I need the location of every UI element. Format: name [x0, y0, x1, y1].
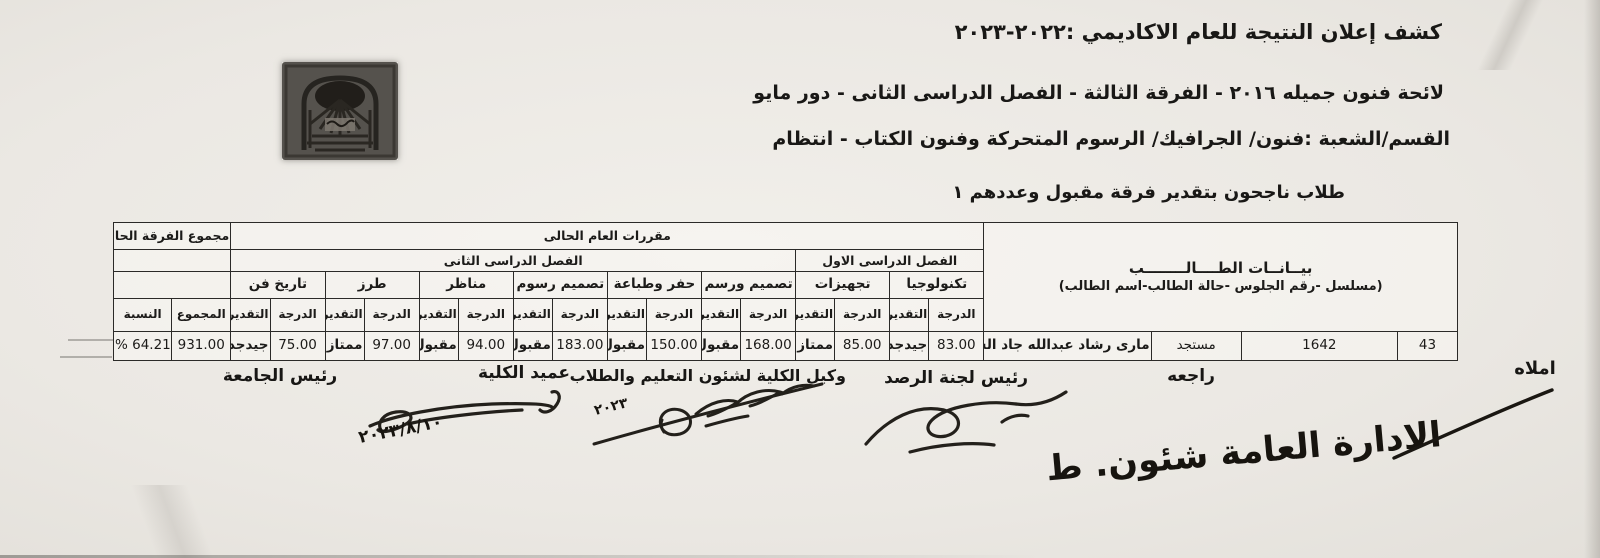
scan-artifact-line	[68, 339, 114, 341]
student-data-subtitle: (مسلسل -رقم الجلوس -حالة الطالب-اسم الطا…	[985, 280, 1456, 295]
score-label: الدرجة	[835, 299, 890, 332]
score-label: الدرجة	[929, 299, 984, 332]
paper-crease-bottom-left	[0, 485, 330, 558]
score-value: 168.00	[741, 332, 796, 361]
subject-header: تصميم رسوم	[513, 272, 607, 299]
grade-label: التقدير	[607, 299, 646, 332]
score-value: 83.00	[929, 332, 984, 361]
total-value: 931.00	[172, 332, 231, 361]
semester1-header: الفصل الدراسى الاول	[796, 250, 984, 272]
grade-value: مقبول	[419, 332, 458, 361]
subject-header: مناظر	[419, 272, 513, 299]
grade-value: جيدجدا	[231, 332, 270, 361]
grade-label: التقدير	[231, 299, 270, 332]
percent-label: النسبة	[114, 299, 172, 332]
student-data-title: بيــانــات الطــــالــــــــب	[985, 260, 1456, 277]
paper-crease-top-right	[1420, 0, 1600, 70]
score-label: الدرجة	[646, 299, 701, 332]
grade-label: التقدير	[513, 299, 552, 332]
seat-number-value: 1642	[1241, 332, 1397, 361]
student-row: 43 1642 مستجد مارى رشاد عبدالله جاد السي…	[114, 332, 1458, 361]
grade-label: التقدير	[419, 299, 458, 332]
grade-value: مقبول	[513, 332, 552, 361]
serial-value: 43	[1397, 332, 1457, 361]
grade-value: ممتاز	[796, 332, 835, 361]
score-value: 183.00	[552, 332, 607, 361]
score-label: الدرجة	[364, 299, 419, 332]
score-value: 94.00	[458, 332, 513, 361]
reviewed-label: راجعه	[1145, 366, 1237, 386]
score-label: الدرجة	[552, 299, 607, 332]
score-value: 85.00	[835, 332, 890, 361]
handwritten-note: الادارة العامة شئون. ط	[1051, 415, 1443, 489]
regulation-line: لائحة فنون جميله ٢٠١٦ - الفرقة الثالثة -…	[753, 82, 1444, 104]
grade-value: ممتاز	[325, 332, 364, 361]
current-total-header: مجموع الفرقة الحالية	[114, 223, 231, 250]
grade-label: التقدير	[796, 299, 835, 332]
scan-artifact-line	[60, 356, 112, 358]
score-value: 150.00	[646, 332, 701, 361]
paper-edge-shadow	[1584, 0, 1600, 558]
result-summary-line: طلاب ناجحون بتقدير فرقة مقبول وعددهم ١	[952, 182, 1345, 203]
grade-value: مقبول	[607, 332, 646, 361]
courses-header: مقررات العام الحالى	[231, 223, 984, 250]
university-stamp	[282, 62, 398, 160]
grade-label: التقدير	[325, 299, 364, 332]
score-value: 75.00	[270, 332, 325, 361]
dictated-label: املاه	[1492, 358, 1578, 379]
sheet-title: كشف إعلان النتيجة للعام الاكاديمي :٢٠٢٢-…	[955, 20, 1442, 44]
grade-value: جيدجدا	[890, 332, 929, 361]
subject-header: تاريخ فن	[231, 272, 325, 299]
score-label: الدرجة	[270, 299, 325, 332]
score-label: الدرجة	[458, 299, 513, 332]
subject-header: طرز	[325, 272, 419, 299]
score-value: 97.00	[364, 332, 419, 361]
student-data-header: بيــانــات الطــــالــــــــب (مسلسل -رق…	[984, 223, 1458, 332]
subject-header: تكنولوجيا	[890, 272, 984, 299]
grade-label: التقدير	[702, 299, 741, 332]
handwritten-note-tail-stroke	[1388, 386, 1560, 462]
score-label: الدرجة	[741, 299, 796, 332]
subject-header: تصميم ورسم	[702, 272, 796, 299]
student-name-value: مارى رشاد عبدالله جاد السيد	[984, 332, 1151, 361]
subject-header: تجهيزات	[796, 272, 890, 299]
empty-cell	[114, 250, 231, 272]
subject-header: حفر وطباعة	[607, 272, 701, 299]
status-value: مستجد	[1151, 332, 1241, 361]
department-line: القسم/الشعبة :فنون/ الجرافيك/ الرسوم الم…	[772, 128, 1450, 150]
empty-cell	[114, 272, 231, 299]
grade-label: التقدير	[890, 299, 929, 332]
results-table: بيــانــات الطــــالــــــــب (مسلسل -رق…	[113, 222, 1458, 361]
percent-value: % 64.21	[114, 332, 172, 361]
total-label: المجموع	[172, 299, 231, 332]
vice-dean-signature	[586, 374, 830, 458]
semester2-header: الفصل الدراسى الثانى	[231, 250, 796, 272]
scanned-result-sheet: كشف إعلان النتيجة للعام الاكاديمي :٢٠٢٢-…	[0, 0, 1600, 558]
grade-value: مقبول	[702, 332, 741, 361]
president-label: رئيس الجامعة	[222, 366, 338, 386]
